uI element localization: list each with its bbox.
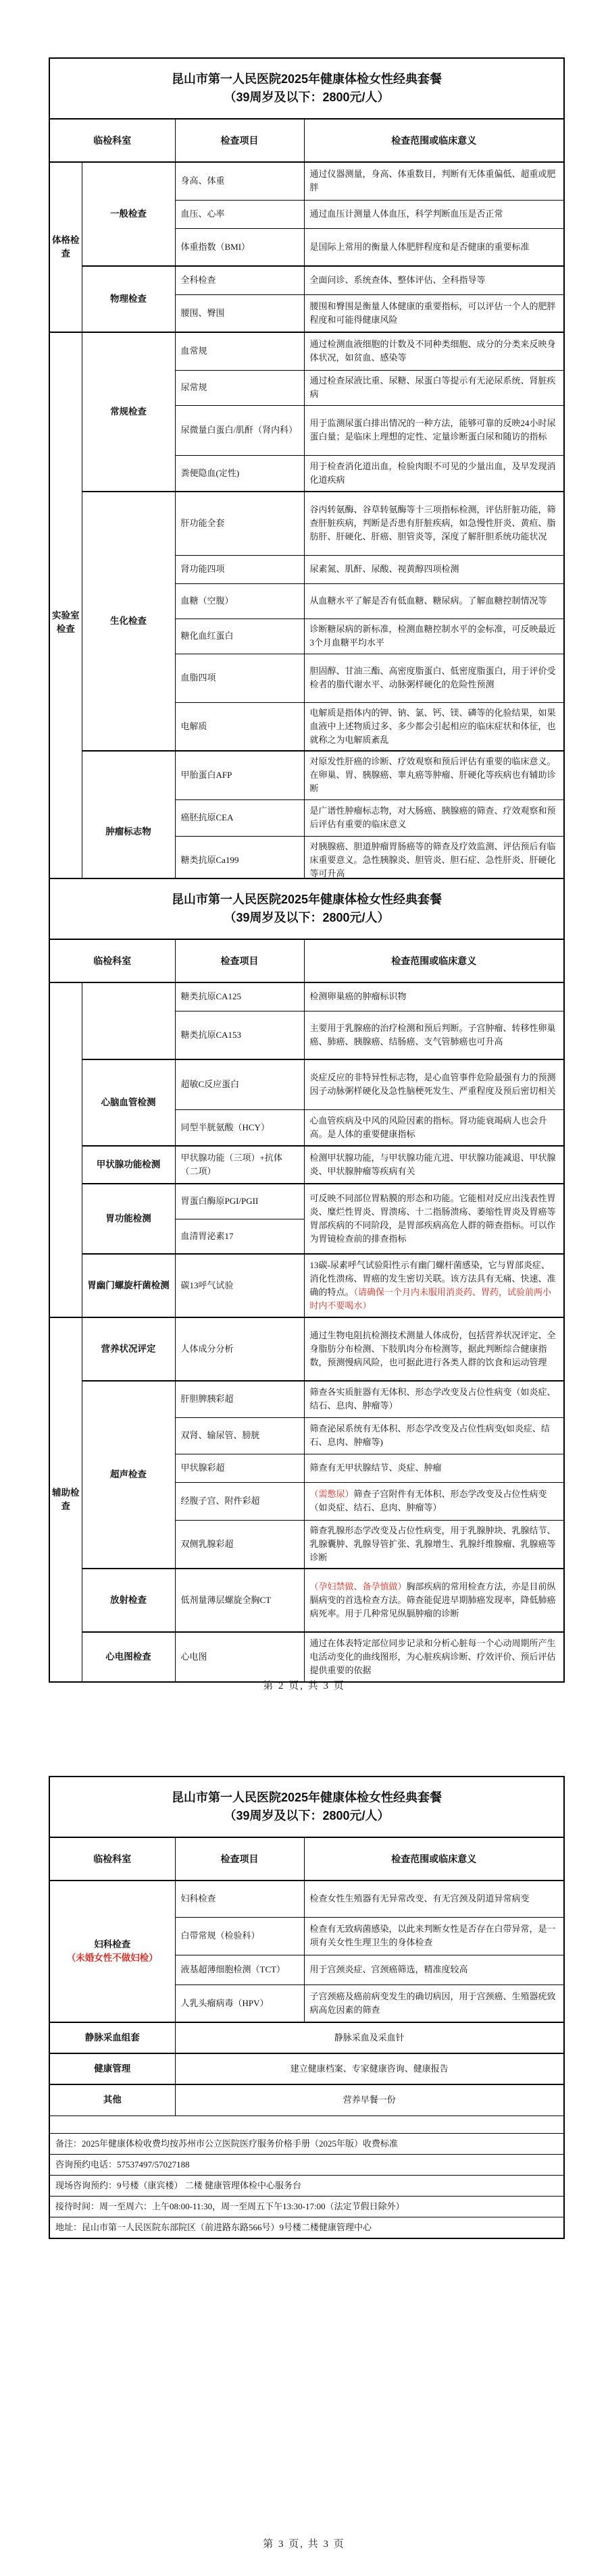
title-row: 昆山市第一人民医院2025年健康体检女性经典套餐 （39周岁及以下：2800元/… [49, 58, 564, 119]
meaning-text: 筛查有无甲状腺结节、炎症、肿瘤 [310, 1463, 442, 1473]
category-cell: 超声检查 [82, 1381, 175, 1569]
department-group-cell: 妇科检查（未婚女性不做妇检） [49, 1881, 175, 2022]
meaning-text: 用于检查消化道出血，检验肉眼不可见的少量出血，及早发现消化道疾病 [310, 461, 556, 485]
clinical-significance-cell: 心血管疾病及中风的风险因素的指标。肾功能衰竭病人也会升高。是人体的重要健康指标 [304, 1109, 564, 1146]
table-row: 超声检查肝胆脾胰彩超筛查各实质脏器有无体积、形态学改变及占位性病变（如炎症、结石… [49, 1381, 564, 1417]
clinical-significance-cell: 通过检查尿液比重、尿糖、尿蛋白等提示有无泌尿系统、肾脏疾病 [304, 370, 564, 405]
page-title: 昆山市第一人民医院2025年健康体检女性经典套餐 （39周岁及以下：2800元/… [49, 1777, 564, 1837]
category-cell: 生化检查 [82, 492, 175, 751]
category-cell: 胃幽门螺旋杆菌检测 [82, 1254, 175, 1317]
table-row: 辅助检查营养状况评定人体成分分析通过生物电阻抗检测技术测量人体成份，包括营养状况… [49, 1317, 564, 1381]
exam-item-cell: 全科检查 [175, 266, 304, 294]
clinical-significance-cell: 检查女性生殖器有无异常改变、有无宫颈及阴道异常病变 [304, 1881, 564, 1917]
group-label: 健康管理 [52, 2062, 173, 2076]
package-title-line1: 昆山市第一人民医院2025年健康体检女性经典套餐 [55, 70, 558, 88]
group-label: 辅助检查 [52, 1486, 80, 1513]
title-row: 昆山市第一人民医院2025年健康体检女性经典套餐 （39周岁及以下：2800元/… [49, 1777, 564, 1837]
table-row: 胃功能检测胃蛋白酶原PGI/PGII可反映不同部位胃粘膜的形态和功能。它能相对反… [49, 1184, 564, 1219]
document-canvas: 昆山市第一人民医院2025年健康体检女性经典套餐 （39周岁及以下：2800元/… [0, 0, 608, 2576]
exam-item-cell: 液基超薄细胞检测（TCT） [175, 1955, 304, 1984]
table-row: 地址：昆山市第一人民医院东部院区（前进路东路566号）9号楼二楼健康管理中心 [49, 2217, 564, 2238]
clinical-significance-cell: 炎症反应的非特异性标志物，是心血管事件危险最强有力的预测因子动脉粥样硬化及急性脑… [304, 1059, 564, 1109]
meaning-text: 检查女性生殖器有无异常改变、有无宫颈及阴道异常病变 [310, 1893, 530, 1903]
page-footer-2: 第 2 页, 共 3 页 [0, 1679, 608, 1693]
document-page-3: 昆山市第一人民医院2025年健康体检女性经典套餐 （39周岁及以下：2800元/… [49, 1776, 565, 2239]
exam-item-cell: 尿微量白蛋白/肌酐（肾内科） [175, 405, 304, 455]
exam-item-cell: 甲状腺彩超 [175, 1454, 304, 1482]
exam-item-cell: 碳13呼气试验 [175, 1254, 304, 1317]
meaning-text: 炎症反应的非特异性标志物，是心血管事件危险最强有力的预测因子动脉粥样硬化及急性脑… [310, 1072, 556, 1096]
category-cell: 甲状腺功能检测 [82, 1146, 175, 1184]
meaning-text: 腰围和臀围是衡量人体健康的重要指标，可以评估一个人的肥胖程度和可能得健康风险 [310, 301, 556, 325]
column-header-row: 临检科室 检查项目 检查范围或临床意义 [49, 939, 564, 982]
meaning-text: 电解质是指体内的钾、钠、氯、钙、镁、磷等的化验结果，如果血液中上述物质过多、多少… [310, 708, 556, 745]
clinical-significance-cell: 全面问诊、系统查体、整体评估、全科指导等 [304, 266, 564, 294]
exam-item-cell: 同型半胱氨酸（HCY） [175, 1109, 304, 1146]
meaning-text: 检查有无致病菌感染，以此来判断女性是否存在白带异常，是一项有关女性生理卫生的身体… [310, 1924, 556, 1947]
package-title-line1: 昆山市第一人民医院2025年健康体检女性经典套餐 [55, 891, 558, 909]
group-label: 妇科检查 [52, 1938, 173, 1951]
category-cell [82, 982, 175, 1059]
meaning-text: 通过检查尿液比重、尿糖、尿蛋白等提示有无泌尿系统、肾脏疾病 [310, 375, 556, 399]
department-group-cell: 静脉采血组套 [49, 2022, 175, 2053]
meaning-text: 对胰腺癌、胆道肿瘤胃肠癌等的筛查及疗效监测、评估预后有临床重要意义。急性胰腺炎、… [310, 841, 556, 878]
clinical-significance-cell: 通过仪器测量，身高、体重数目，判断有无体重偏低、超重或肥胖 [304, 162, 564, 200]
meaning-text: 用于监测尿蛋白排出情况的一种方法，能够可靠的反映24小时尿蛋白量；是临床上理想的… [310, 418, 556, 442]
clinical-significance-cell: 谷丙转氨酶、谷草转氨酶等十三项指标检测，评估肝脏功能，筛查肝脏疾病，判断是否患有… [304, 492, 564, 555]
exam-item-cell: 双侧乳腺彩超 [175, 1520, 304, 1569]
clinical-significance-cell: 筛查乳腺形态学改变及占位性病变，用于乳腺肿块、乳腺结节、乳腺囊肿、乳腺导管扩张、… [304, 1520, 564, 1569]
category-cell: 一般检查 [82, 162, 175, 266]
table-row: 其他营养早餐一份 [49, 2084, 564, 2115]
meaning-text: 通过血压计测量人体血压，科学判断血压是否正常 [310, 209, 503, 219]
meaning-text: 通过在体表特定部位同步记录和分析心脏每一个心动周期所产生电活动变化的曲线图形，为… [310, 1638, 556, 1675]
clinical-significance-cell: 筛查泌尿系统有无体积、形态学改变及占位性病变(如炎症、结石、息肉、肿瘤等) [304, 1417, 564, 1454]
exam-item-cell: 肝功能全套 [175, 492, 304, 555]
exam-item-cell: 甲胎蛋白AFP [175, 751, 304, 799]
warning-text: （需憋尿） [310, 1489, 354, 1499]
note-row-cell: 备注：2025年健康体检收费均按苏州市公立医院医疗服务价格手册（2025年版）收… [49, 2133, 564, 2154]
department-group-cell: 体格检查 [49, 162, 82, 332]
note-row-cell: 接待时间：周一至周六：上午08:00-11:30，周一至周五下午13:30-17… [49, 2196, 564, 2217]
department-group-cell: 实验室检查 [49, 332, 82, 913]
column-header-row: 临检科室 检查项目 检查范围或临床意义 [49, 119, 564, 162]
title-row: 昆山市第一人民医院2025年健康体检女性经典套餐 （39周岁及以下：2800元/… [49, 878, 564, 939]
table-row: 静脉采血组套静脉采血及采血针 [49, 2022, 564, 2053]
table-row: 生化检查肝功能全套谷丙转氨酶、谷草转氨酶等十三项指标检测，评估肝脏功能，筛查肝脏… [49, 492, 564, 555]
meaning-text: 检测甲状腺功能，与甲状腺功能亢进、甲状腺功能减退、甲状腺炎、甲状腺肿瘤等疾病有关 [310, 1153, 556, 1176]
document-page-2: 昆山市第一人民医院2025年健康体检女性经典套餐 （39周岁及以下：2800元/… [49, 878, 565, 1683]
clinical-significance-cell: 通过在体表特定部位同步记录和分析心脏每一个心动周期所产生电活动变化的曲线图形，为… [304, 1632, 564, 1682]
exam-item-cell: 糖类抗原CA153 [175, 1011, 304, 1059]
meaning-text: 筛查泌尿系统有无体积、形态学改变及占位性病变(如炎症、结石、息肉、肿瘤等) [310, 1423, 550, 1447]
merged-value-cell: 建立健康档案、专家健康咨询、健康报告 [175, 2053, 564, 2084]
note-row-cell [49, 2115, 564, 2133]
department-group-cell [49, 982, 82, 1317]
exam-item-cell: 人乳头瘤病毒（HPV） [175, 1984, 304, 2022]
clinical-significance-cell: 检查有无致病菌感染，以此来判断女性是否存在白带异常，是一项有关女性生理卫生的身体… [304, 1917, 564, 1955]
clinical-significance-cell: 用于监测尿蛋白排出情况的一种方法，能够可靠的反映24小时尿蛋白量；是临床上理想的… [304, 405, 564, 455]
table-row: 健康管理建立健康档案、专家健康咨询、健康报告 [49, 2053, 564, 2084]
exam-item-cell: 人体成分分析 [175, 1317, 304, 1381]
category-cell: 心脑血管检测 [82, 1059, 175, 1146]
package-title-line2: （39周岁及以下：2800元/人） [55, 88, 558, 107]
column-header-item: 检查项目 [175, 1837, 304, 1881]
column-header-meaning: 检查范围或临床意义 [304, 119, 564, 162]
table-row: 放射检查低剂量薄层螺旋全胸CT（孕妇禁做、备孕慎做）胸部疾病的常用检查方法，亦是… [49, 1569, 564, 1632]
column-header-row: 临检科室 检查项目 检查范围或临床意义 [49, 1837, 564, 1881]
table-row: 实验室检查常规检查血常规通过检测血液细胞的计数及不同种类细胞、成分的分类来反映身… [49, 332, 564, 370]
meaning-text: 诊断糖尿病的新标准，检测血糖控制水平的金标准，可反映最近3个月血糖平均水平 [310, 624, 556, 648]
document-page-1: 昆山市第一人民医院2025年健康体检女性经典套餐 （39周岁及以下：2800元/… [49, 57, 565, 914]
table-row: 糖类抗原CA125检测卵巢癌的肿瘤标识物 [49, 982, 564, 1011]
package-title-line2: （39周岁及以下：2800元/人） [55, 909, 558, 927]
category-cell: 放射检查 [82, 1569, 175, 1632]
package-title-line2: （39周岁及以下：2800元/人） [55, 1807, 558, 1825]
exam-item-cell: 体重指数（BMI） [175, 228, 304, 266]
clinical-significance-cell: 检测卵巢癌的肿瘤标识物 [304, 982, 564, 1011]
clinical-significance-cell: 筛查各实质脏器有无体积、形态学改变及占位性病变（如炎症、结石、息肉、肿瘤等） [304, 1381, 564, 1417]
clinical-significance-cell: 电解质是指体内的钾、钠、氯、钙、镁、磷等的化验结果，如果血液中上述物质过多、多少… [304, 702, 564, 751]
clinical-significance-cell: 诊断糖尿病的新标准，检测血糖控制水平的金标准，可反映最近3个月血糖平均水平 [304, 619, 564, 654]
clinical-significance-cell: 可反映不同部位胃粘膜的形态和功能。它能相对反应出浅表性胃炎、糜烂性胃炎、胃溃疡、… [304, 1184, 564, 1254]
column-header-dept: 临检科室 [49, 939, 175, 982]
category-cell: 物理检查 [82, 266, 175, 332]
exam-item-cell: 血清胃泌素17 [175, 1219, 304, 1254]
clinical-significance-cell: 胆固醇、甘油三酯、高密度脂蛋白、低密度脂蛋白，用于评价受检者的脂代谢水平、动脉粥… [304, 654, 564, 702]
table-row: 备注：2025年健康体检收费均按苏州市公立医院医疗服务价格手册（2025年版）收… [49, 2133, 564, 2154]
meaning-text: 对原发性肝癌的诊断、疗效观察和预后评估有重要的临床意义。在卵巢、胃、胰腺癌、睾丸… [310, 756, 556, 793]
department-group-cell: 其他 [49, 2084, 175, 2115]
clinical-significance-cell: 检测甲状腺功能，与甲状腺功能亢进、甲状腺功能减退、甲状腺炎、甲状腺肿瘤等疾病有关 [304, 1146, 564, 1184]
meaning-text: 主要用于乳腺癌的治疗检测和预后判断。子宫肿瘤、转移性卵巢癌、肺癌、胰腺癌、结肠癌… [310, 1023, 556, 1047]
category-cell: 常规检查 [82, 332, 175, 492]
meaning-text: 从血糖水平了解是否有低血糖、糖尿病。了解血糖控制情况等 [310, 596, 547, 606]
exam-item-cell: 甲状腺功能（三项）+抗体（二项） [175, 1146, 304, 1184]
clinical-significance-cell: 用于检查消化道出血，检验肉眼不可见的少量出血，及早发现消化道疾病 [304, 455, 564, 492]
column-header-meaning: 检查范围或临床意义 [304, 939, 564, 982]
table-row: 妇科检查（未婚女性不做妇检）妇科检查检查女性生殖器有无异常改变、有无宫颈及阴道异… [49, 1881, 564, 1917]
exam-item-cell: 肝胆脾胰彩超 [175, 1381, 304, 1417]
exam-item-cell: 血常规 [175, 332, 304, 370]
exam-item-cell: 身高、体重 [175, 162, 304, 200]
package-title-line1: 昆山市第一人民医院2025年健康体检女性经典套餐 [55, 1789, 558, 1807]
clinical-significance-cell: （需憋尿）筛查子宫附件有无体积、形态学改变及占位性病变（如炎症、结石、息肉、肿瘤… [304, 1482, 564, 1520]
meaning-text: 心血管疾病及中风的风险因素的指标。肾功能衰竭病人也会升高。是人体的重要健康指标 [310, 1115, 547, 1139]
department-group-cell: 健康管理 [49, 2053, 175, 2084]
exam-item-cell: 粪便隐血(定性) [175, 455, 304, 492]
category-cell: 营养状况评定 [82, 1317, 175, 1381]
clinical-significance-cell: 主要用于乳腺癌的治疗检测和预后判断。子宫肿瘤、转移性卵巢癌、肺癌、胰腺癌、结肠癌… [304, 1011, 564, 1059]
clinical-significance-cell: 子宫颈癌及癌前病变发生的确切病因，用于宫颈癌、生殖器疣致病高危因素的筛查 [304, 1984, 564, 2022]
department-group-cell: 辅助检查 [49, 1317, 82, 1682]
column-header-item: 检查项目 [175, 939, 304, 982]
table-row: 体格检查一般检查身高、体重通过仪器测量，身高、体重数目，判断有无体重偏低、超重或… [49, 162, 564, 200]
clinical-significance-cell: 从血糖水平了解是否有低血糖、糖尿病。了解血糖控制情况等 [304, 583, 564, 619]
clinical-significance-cell: 用于宫颈炎症、宫颈癌筛选，精准度较高 [304, 1955, 564, 1984]
meaning-text: 尿素氮、肌酐、尿酸、视黄醇四项检测 [310, 564, 459, 574]
note-row-cell: 咨询预约电话：57537497/57027188 [49, 2154, 564, 2175]
exam-item-cell: 超敏C反应蛋白 [175, 1059, 304, 1109]
table-row: 物理检查全科检查全面问诊、系统查体、整体评估、全科指导等 [49, 266, 564, 294]
exam-item-cell: 电解质 [175, 702, 304, 751]
note-row-cell: 现场咨询预约：9号楼（康宾楼） 二楼 健康管理体检中心服务台 [49, 2175, 564, 2196]
table-row: 肿瘤标志物甲胎蛋白AFP对原发性肝癌的诊断、疗效观察和预后评估有重要的临床意义。… [49, 751, 564, 799]
clinical-significance-cell: 通过生物电阻抗检测技术测量人体成份，包括营养状况评定、全身脂肪分布检测、下肢肌肉… [304, 1317, 564, 1381]
meaning-text: 谷丙转氨酶、谷草转氨酶等十三项指标检测，评估肝脏功能，筛查肝脏疾病，判断是否患有… [310, 504, 556, 542]
category-cell: 胃功能检测 [82, 1184, 175, 1254]
table-row: 咨询预约电话：57537497/57027188 [49, 2154, 564, 2175]
table-row [49, 2115, 564, 2133]
note-row-cell: 地址：昆山市第一人民医院东部院区（前进路东路566号）9号楼二楼健康管理中心 [49, 2217, 564, 2238]
group-label: 实验室检查 [52, 609, 80, 636]
exam-item-cell: 糖化血红蛋白 [175, 619, 304, 654]
category-cell: 心电图检查 [82, 1632, 175, 1682]
exam-item-cell: 妇科检查 [175, 1881, 304, 1917]
meaning-text: 通过仪器测量，身高、体重数目，判断有无体重偏低、超重或肥胖 [310, 169, 556, 192]
clinical-significance-cell: 筛查有无甲状腺结节、炎症、肿瘤 [304, 1454, 564, 1482]
column-header-dept: 临检科室 [49, 119, 175, 162]
merged-value-cell: 营养早餐一份 [175, 2084, 564, 2115]
clinical-significance-cell: 是国际上常用的衡量人体肥胖程度和是否健康的重要标准 [304, 228, 564, 266]
group-label: 静脉采血组套 [52, 2031, 173, 2045]
meaning-text: 全面问诊、系统查体、整体评估、全科指导等 [310, 275, 486, 285]
exam-item-cell: 经腹子宫、附件彩超 [175, 1482, 304, 1520]
column-header-meaning: 检查范围或临床意义 [304, 1837, 564, 1881]
meaning-text: 筛查各实质脏器有无体积、形态学改变及占位性病变（如炎症、结石、息肉、肿瘤等） [310, 1387, 556, 1411]
column-header-item: 检查项目 [175, 119, 304, 162]
page-title: 昆山市第一人民医院2025年健康体检女性经典套餐 （39周岁及以下：2800元/… [49, 58, 564, 119]
clinical-significance-cell: 对原发性肝癌的诊断、疗效观察和预后评估有重要的临床意义。在卵巢、胃、胰腺癌、睾丸… [304, 751, 564, 799]
meaning-text: 通过生物电阻抗检测技术测量人体成份，包括营养状况评定、全身脂肪分布检测、下肢肌肉… [310, 1330, 556, 1367]
meaning-text: 是国际上常用的衡量人体肥胖程度和是否健康的重要标准 [310, 242, 530, 252]
group-label: 体格检查 [52, 234, 80, 261]
exam-item-cell: 癌胚抗原CEA [175, 799, 304, 836]
page-footer-3: 第 3 页, 共 3 页 [0, 2538, 608, 2551]
clinical-significance-cell: 通过检测血液细胞的计数及不同种类细胞、成分的分类来反映身体状况，如贫血、感染等 [304, 332, 564, 370]
meaning-text: 用于宫颈炎症、宫颈癌筛选，精准度较高 [310, 1964, 468, 1974]
meaning-text: 胆固醇、甘油三酯、高密度脂蛋白、低密度脂蛋白，用于评价受检者的脂代谢水平、动脉粥… [310, 666, 556, 689]
table-row: 心脑血管检测超敏C反应蛋白炎症反应的非特异性标志物，是心血管事件危险最强有力的预… [49, 1059, 564, 1109]
exam-item-cell: 胃蛋白酶原PGI/PGII [175, 1184, 304, 1219]
warning-text: （孕妇禁做、备孕慎做） [310, 1581, 407, 1592]
meaning-text: 是广谱性肿瘤标志物，对大肠癌、胰腺癌的筛查、疗效观察和预后评估有重要的临床意义 [310, 806, 556, 829]
meaning-text: 通过检测血液细胞的计数及不同种类细胞、成分的分类来反映身体状况，如贫血、感染等 [310, 339, 556, 363]
merged-value-cell: 静脉采血及采血针 [175, 2022, 564, 2053]
exam-item-cell: 血糖（空腹） [175, 583, 304, 619]
table-row: 胃幽门螺旋杆菌检测碳13呼气试验13碳-尿素呼气试验阳性示有幽门螺杆菌感染，它与… [49, 1254, 564, 1317]
clinical-significance-cell: （孕妇禁做、备孕慎做）胸部疾病的常用检查方法，亦是目前纵膈病变的首选检查方法。筛… [304, 1569, 564, 1632]
exam-item-cell: 低剂量薄层螺旋全胸CT [175, 1569, 304, 1632]
exam-item-cell: 血脂四项 [175, 654, 304, 702]
clinical-significance-cell: 13碳-尿素呼气试验阳性示有幽门螺杆菌感染，它与胃部炎症、消化性溃疡、胃癌的发生… [304, 1254, 564, 1317]
table-row: 心电图检查心电图通过在体表特定部位同步记录和分析心脏每一个心动周期所产生电活动变… [49, 1632, 564, 1682]
page-title: 昆山市第一人民医院2025年健康体检女性经典套餐 （39周岁及以下：2800元/… [49, 878, 564, 939]
meaning-text: 可反映不同部位胃粘膜的形态和功能。它能相对反应出浅表性胃炎、糜烂性胃炎、胃溃疡、… [310, 1193, 556, 1244]
exam-item-cell: 双肾、输尿管、膀胱 [175, 1417, 304, 1454]
exam-item-cell: 血压、心率 [175, 200, 304, 228]
clinical-significance-cell: 腰围和臀围是衡量人体健康的重要指标，可以评估一个人的肥胖程度和可能得健康风险 [304, 294, 564, 332]
meaning-text: 筛查乳腺形态学改变及占位性病变，用于乳腺肿块、乳腺结节、乳腺囊肿、乳腺导管扩张、… [310, 1525, 556, 1562]
package-table-page-2: 昆山市第一人民医院2025年健康体检女性经典套餐 （39周岁及以下：2800元/… [49, 878, 565, 1683]
exam-item-cell: 糖类抗原CA125 [175, 982, 304, 1011]
clinical-significance-cell: 通过血压计测量人体血压，科学判断血压是否正常 [304, 200, 564, 228]
group-label: 其他 [52, 2093, 173, 2107]
clinical-significance-cell: 尿素氮、肌酐、尿酸、视黄醇四项检测 [304, 555, 564, 583]
exam-item-cell: 腰围、臀围 [175, 294, 304, 332]
table-row: 甲状腺功能检测甲状腺功能（三项）+抗体（二项）检测甲状腺功能，与甲状腺功能亢进、… [49, 1146, 564, 1184]
exam-item-cell: 尿常规 [175, 370, 304, 405]
package-table-page-3: 昆山市第一人民医院2025年健康体检女性经典套餐 （39周岁及以下：2800元/… [49, 1776, 565, 2239]
clinical-significance-cell: 是广谱性肿瘤标志物，对大肠癌、胰腺癌的筛查、疗效观察和预后评估有重要的临床意义 [304, 799, 564, 836]
exam-item-cell: 白带常规（检验科） [175, 1917, 304, 1955]
package-table-page-1: 昆山市第一人民医院2025年健康体检女性经典套餐 （39周岁及以下：2800元/… [49, 57, 565, 914]
exam-item-cell: 心电图 [175, 1632, 304, 1682]
table-row: 现场咨询预约：9号楼（康宾楼） 二楼 健康管理体检中心服务台 [49, 2175, 564, 2196]
meaning-text: 检测卵巢癌的肿瘤标识物 [310, 991, 407, 1001]
exam-item-cell: 肾功能四项 [175, 555, 304, 583]
column-header-dept: 临检科室 [49, 1837, 175, 1881]
table-row: 接待时间：周一至周六：上午08:00-11:30，周一至周五下午13:30-17… [49, 2196, 564, 2217]
group-warning-label: （未婚女性不做妇检） [52, 1951, 173, 1965]
meaning-text: 子宫颈癌及癌前病变发生的确切病因，用于宫颈癌、生殖器疣致病高危因素的筛查 [310, 1991, 556, 2015]
